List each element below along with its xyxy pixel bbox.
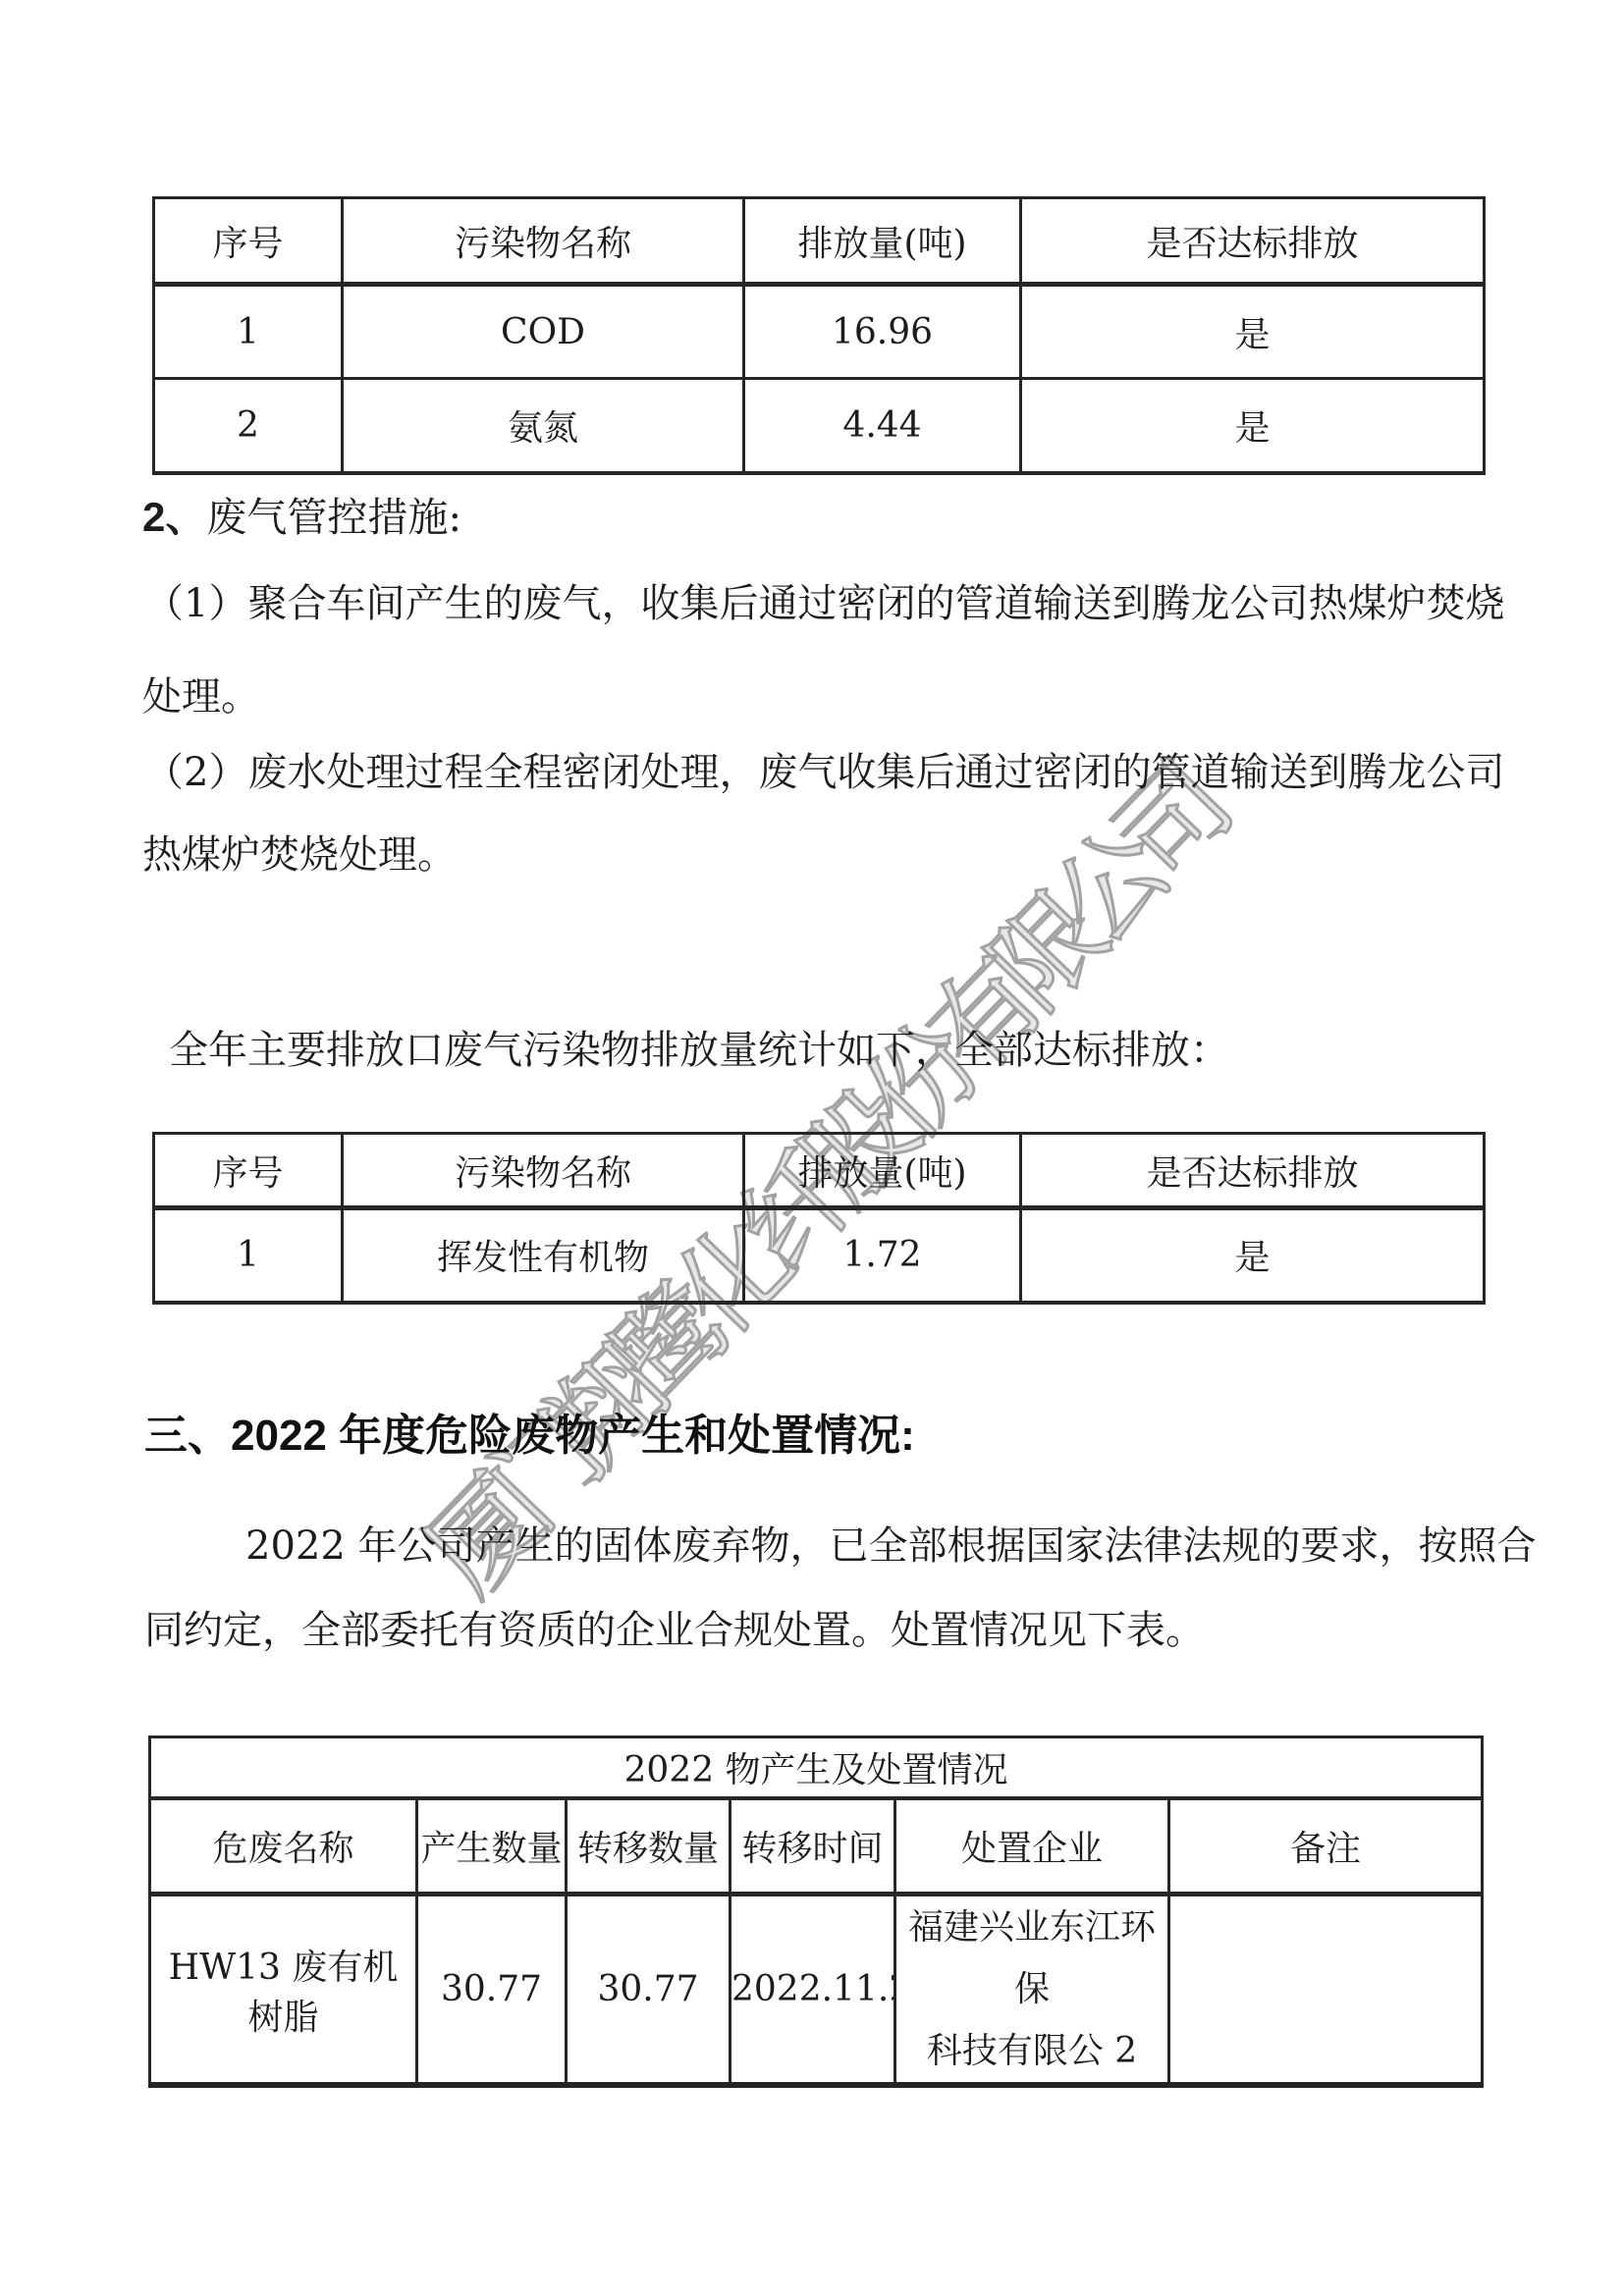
paragraph1-line1: （1）聚合车间产生的废气，收集后通过密闭的管道输送到腾龙公司热煤炉焚烧 xyxy=(144,580,1504,627)
table-header-row: 序号 污染物名称 排放量(吨) 是否达标排放 xyxy=(154,1134,1485,1208)
disposal-company-line2: 科技有限公 2 xyxy=(896,2020,1167,2082)
cell-pollutant: 氨氮 xyxy=(343,379,744,473)
column-header-compliance: 是否达标排放 xyxy=(1021,198,1485,285)
cell-amount: 16.96 xyxy=(744,285,1021,379)
item2-number: 2、 xyxy=(142,494,206,540)
cell-pollutant: 挥发性有机物 xyxy=(343,1208,744,1303)
cell-compliance: 是 xyxy=(1021,379,1485,473)
column-header-produced: 产生数量 xyxy=(417,1798,567,1895)
cell-amount: 4.44 xyxy=(744,379,1021,473)
hazardous-table-title: 2022 物产生及处置情况 xyxy=(150,1737,1483,1798)
cell-seq: 1 xyxy=(154,285,343,379)
table-title-row: 2022 物产生及处置情况 xyxy=(150,1737,1483,1798)
paragraph2-line2: 热煤炉焚烧处理。 xyxy=(142,831,457,879)
cell-amount: 1.72 xyxy=(744,1208,1021,1303)
cell-pollutant: COD xyxy=(343,285,744,379)
paragraph3-line2: 同约定，全部委托有资质的企业合规处置。处置情况见下表。 xyxy=(144,1607,1205,1654)
table-row: 1 挥发性有机物 1.72 是 xyxy=(154,1208,1485,1303)
item2-label: 废气管控措施: xyxy=(206,494,461,541)
column-header-compliance: 是否达标排放 xyxy=(1021,1134,1485,1208)
column-header-waste-name: 危废名称 xyxy=(150,1798,417,1895)
table-row: 1 COD 16.96 是 xyxy=(154,285,1485,379)
column-header-transferred: 转移数量 xyxy=(567,1798,731,1895)
table-row: HW13 废有机树脂 30.77 30.77 2022.11.21 福建兴业东江… xyxy=(150,1895,1483,2086)
cell-transferred: 30.77 xyxy=(567,1895,731,2086)
column-header-amount: 排放量(吨) xyxy=(744,1134,1021,1208)
exhaust-statistics-intro: 全年主要排放口废气污染物排放量统计如下，全部达标排放： xyxy=(169,1027,1229,1074)
exhaust-discharge-table: 序号 污染物名称 排放量(吨) 是否达标排放 1 挥发性有机物 1.72 是 xyxy=(152,1132,1486,1305)
table-row: 2 氨氮 4.44 是 xyxy=(154,379,1485,473)
cell-transfer-date: 2022.11.21 xyxy=(731,1895,895,2086)
item2-heading: 2、废气管控措施: xyxy=(142,493,461,542)
cell-remark xyxy=(1169,1895,1483,2086)
column-header-remark: 备注 xyxy=(1169,1798,1483,1895)
cell-waste-name: HW13 废有机树脂 xyxy=(150,1895,417,2086)
column-header-transfer-date: 转移时间 xyxy=(731,1798,895,1895)
hazardous-waste-table: 2022 物产生及处置情况 危废名称 产生数量 转移数量 转移时间 处置企业 备… xyxy=(148,1735,1484,2088)
table-header-row: 危废名称 产生数量 转移数量 转移时间 处置企业 备注 xyxy=(150,1798,1483,1895)
paragraph2-line1: （2）废水处理过程全程密闭处理，废气收集后通过密闭的管道输送到腾龙公司 xyxy=(144,749,1504,796)
column-header-disposal-company: 处置企业 xyxy=(895,1798,1169,1895)
column-header-seq: 序号 xyxy=(154,1134,343,1208)
cell-seq: 1 xyxy=(154,1208,343,1303)
cell-compliance: 是 xyxy=(1021,285,1485,379)
paragraph1-line2: 处理。 xyxy=(142,673,260,721)
cell-disposal-company: 福建兴业东江环保 科技有限公 2 xyxy=(895,1895,1169,2086)
section3-title: 三、2022 年度危险废物产生和处置情况: xyxy=(144,1411,915,1463)
cell-produced: 30.77 xyxy=(417,1895,567,2086)
document-page: 厦门翔鹭化纤股份有限公司 序号 污染物名称 排放量(吨) 是否达标排放 1 CO… xyxy=(0,0,1624,2296)
paragraph3-line1: 2022 年公司产生的固体废弃物，已全部根据国家法律法规的要求，按照合 xyxy=(245,1522,1537,1570)
table-header-row: 序号 污染物名称 排放量(吨) 是否达标排放 xyxy=(154,198,1485,285)
disposal-company-line1: 福建兴业东江环保 xyxy=(896,1896,1167,2020)
column-header-pollutant: 污染物名称 xyxy=(343,198,744,285)
cell-seq: 2 xyxy=(154,379,343,473)
column-header-seq: 序号 xyxy=(154,198,343,285)
wastewater-discharge-table: 序号 污染物名称 排放量(吨) 是否达标排放 1 COD 16.96 是 2 氨… xyxy=(152,196,1486,475)
cell-compliance: 是 xyxy=(1021,1208,1485,1303)
column-header-pollutant: 污染物名称 xyxy=(343,1134,744,1208)
column-header-amount: 排放量(吨) xyxy=(744,198,1021,285)
